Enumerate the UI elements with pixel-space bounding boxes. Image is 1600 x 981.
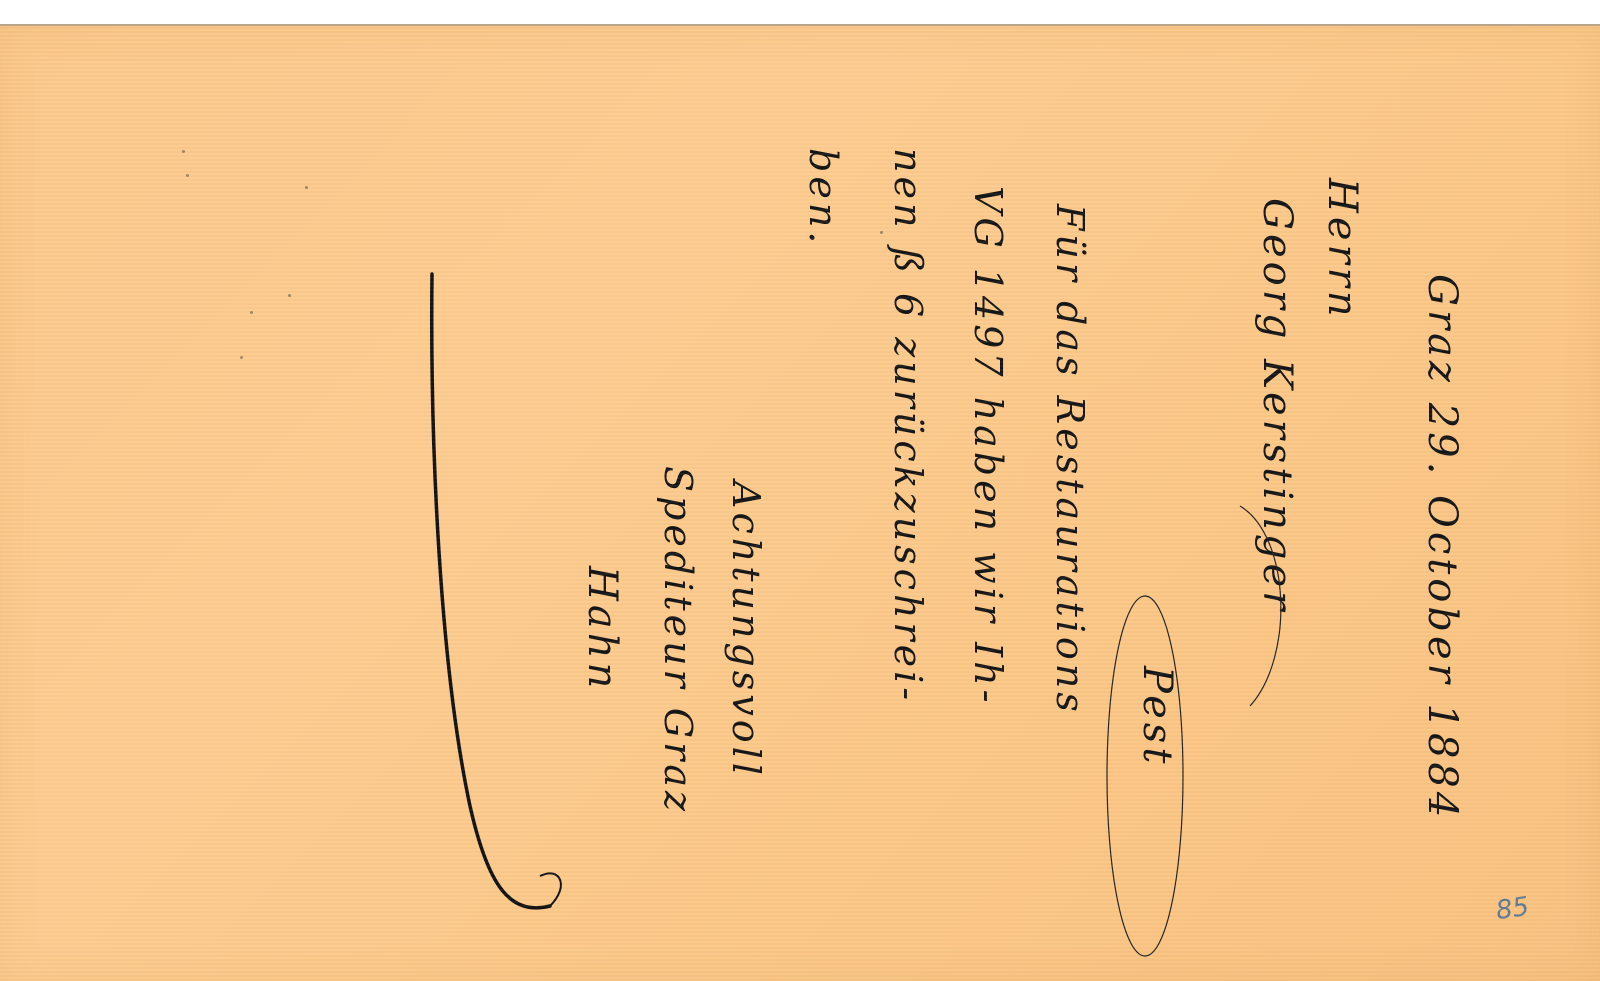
paper-speck — [288, 294, 291, 297]
body-line-1: Für das Restaurations — [1048, 204, 1092, 716]
signature-flourish-icon — [410, 246, 610, 946]
body-line-2: VG 1497 haben wir Ih- — [966, 186, 1010, 706]
salutation-herrn: Herrn — [1319, 178, 1365, 321]
paper-speck — [305, 186, 308, 189]
paper-speck — [240, 356, 243, 359]
ornamental-loop-icon — [1095, 586, 1195, 966]
paper-speck — [186, 174, 189, 177]
date-line: Graz 29. October 1884 — [1419, 274, 1465, 821]
ornamental-loop-icon — [1230, 496, 1300, 716]
paper-speck — [880, 231, 883, 234]
closing-line-2: Spediteur Graz — [656, 466, 700, 815]
postcard: Graz 29. October 1884 Herrn Georg Kersti… — [0, 24, 1600, 981]
pencil-annotation: 85 — [1494, 892, 1531, 926]
body-line-3: nen ß 6 zurückzuschrei- — [886, 148, 930, 704]
paper-speck — [250, 311, 253, 314]
paper-speck — [182, 150, 185, 153]
body-line-4: ben. — [801, 148, 845, 247]
closing-line-1: Achtungsvoll — [724, 481, 768, 779]
